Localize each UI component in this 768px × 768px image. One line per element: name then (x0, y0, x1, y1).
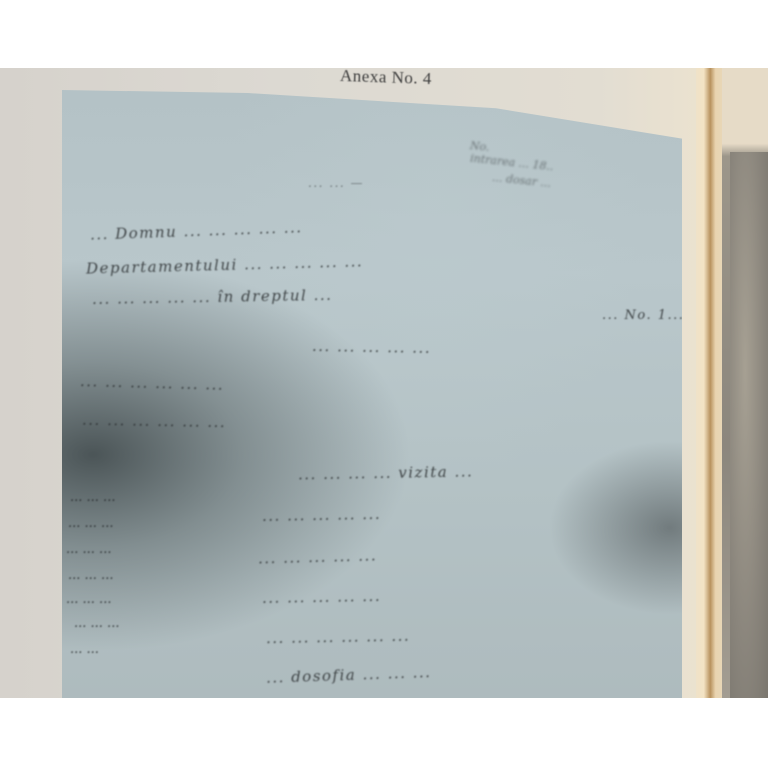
book-photo: Anexa No. 4 ... ... — No. intrarea ... 1… (0, 68, 768, 698)
manuscript-line: ... ... ... ... ... ... (80, 372, 225, 394)
manuscript-line: ... ... ... ... ... ... (82, 411, 226, 432)
margin-note-line: ... ... ... (74, 616, 119, 631)
manuscript-line: ... ... ... ... ... (262, 505, 381, 525)
manuscript-header-left: ... ... — (308, 176, 364, 190)
book-page-right (722, 68, 768, 698)
manuscript-line: ... Domnu ... ... ... ... ... (90, 218, 303, 243)
annex-caption: Anexa No. 4 (340, 68, 461, 90)
manuscript-line: Departamentului ... ... ... ... ... (86, 252, 364, 277)
manuscript-facsimile: ... ... — No. intrarea ... 18.. ... dosa… (62, 90, 682, 698)
margin-note-line: ... ... (70, 642, 99, 657)
margin-note-line: ... ... ... (70, 490, 115, 505)
manuscript-line: ... ... ... ... ... ... (266, 627, 410, 648)
manuscript-line: ... ... ... ... ... în dreptul ... (92, 286, 333, 308)
margin-note-line: ... ... ... (66, 592, 111, 607)
manuscript-line: ... No. 1... (602, 308, 684, 323)
right-page-facsimile (730, 152, 768, 698)
manuscript-line: ... ... ... ... ... (312, 337, 431, 357)
manuscript-line: ... ... ... ... ... (258, 546, 378, 567)
screenshot-stage: Anexa No. 4 ... ... — No. intrarea ... 1… (0, 0, 768, 768)
manuscript-line: ... ... ... ... vizita ... (298, 462, 474, 483)
margin-note-line: ... ... ... (66, 542, 111, 557)
manuscript-line: ... ... ... ... ... (262, 587, 381, 607)
manuscript-line: ... dosofia ... ... ... (266, 663, 432, 687)
book-page-left: Anexa No. 4 ... ... — No. intrarea ... 1… (0, 68, 702, 698)
book-spine (696, 68, 722, 698)
manuscript-stamp-line-2: intrarea ... 18.. (470, 152, 555, 174)
manuscript-stamp-line-3: ... dosar ... (491, 171, 551, 190)
margin-note-line: ... ... ... (68, 568, 113, 583)
margin-note-line: ... ... ... (68, 516, 113, 531)
